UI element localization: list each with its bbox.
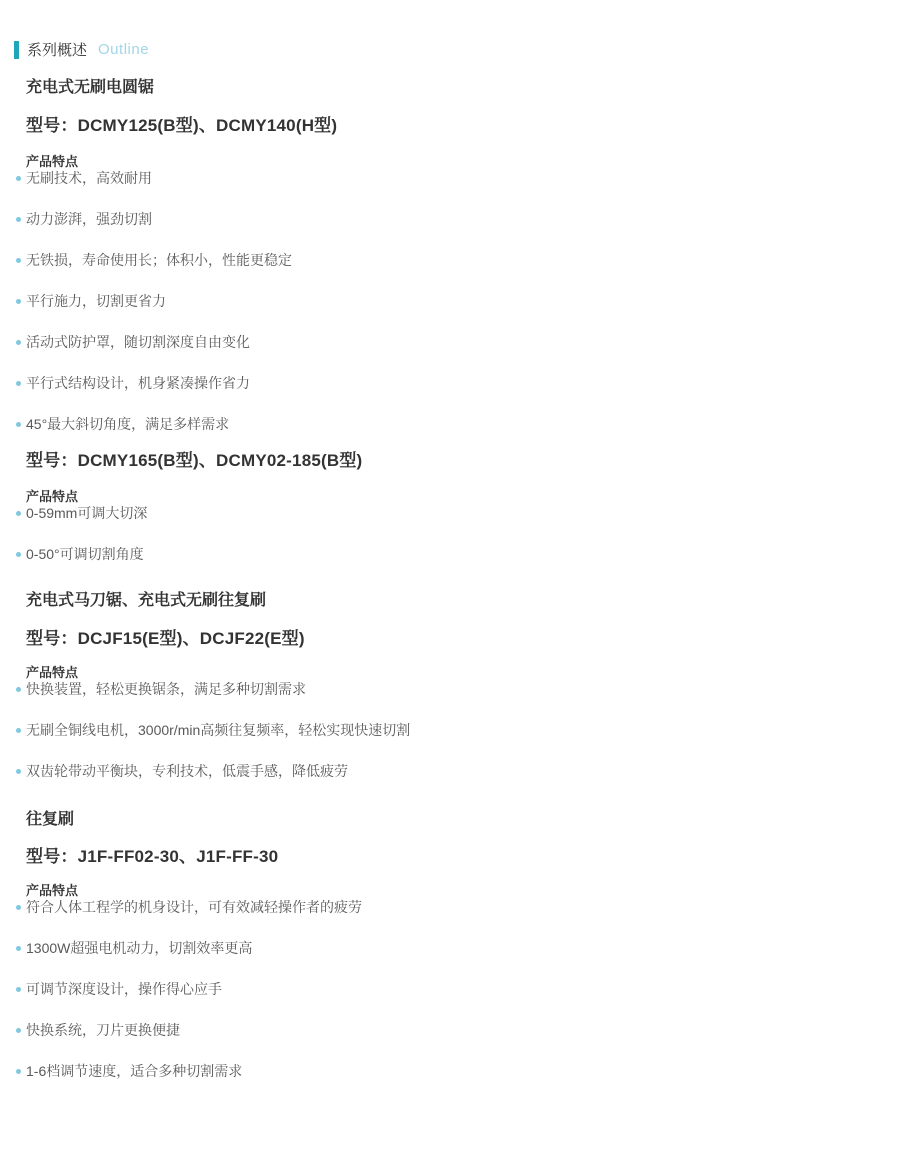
feature-item: 1-6档调节速度，适合多种切割需求 — [16, 1062, 362, 1081]
series-outline-page: 系列概述 Outline 充电式无刷电圆锯 型号：DCMY125(B型)、DCM… — [0, 0, 900, 1176]
section-header-title-zh: 系列概述 — [27, 39, 87, 60]
bullet-icon — [16, 687, 21, 692]
product-title: 充电式马刀锯、充电式无刷往复刷 — [26, 591, 266, 610]
feature-text: 无刷技术，高效耐用 — [26, 170, 152, 186]
feature-item: 可调节深度设计，操作得心应手 — [16, 980, 362, 999]
features-label: 产品特点 — [26, 883, 78, 898]
feature-item: 平行施力，切割更省力 — [16, 292, 292, 311]
feature-item: 平行式结构设计，机身紧凑操作省力 — [16, 374, 292, 393]
feature-item: 符合人体工程学的机身设计，可有效减轻操作者的疲劳 — [16, 898, 362, 917]
product-title: 充电式无刷电圆锯 — [26, 78, 154, 97]
bullet-icon — [16, 340, 21, 345]
feature-item: 快换系统，刀片更换便捷 — [16, 1021, 362, 1040]
feature-text: 平行式结构设计，机身紧凑操作省力 — [26, 375, 250, 391]
feature-item: 活动式防护罩，随切割深度自由变化 — [16, 333, 292, 352]
feature-text: 平行施力，切割更省力 — [26, 293, 166, 309]
bullet-icon — [16, 1028, 21, 1033]
feature-text: 无铁损，寿命使用长；体积小，性能更稳定 — [26, 252, 292, 268]
product-models: 型号：J1F-FF02-30、J1F-FF-30 — [26, 846, 278, 867]
feature-text: 动力澎湃，强劲切割 — [26, 211, 152, 227]
bullet-icon — [16, 769, 21, 774]
features-label: 产品特点 — [26, 489, 78, 504]
bullet-icon — [16, 258, 21, 263]
feature-text: 0-50°可调切割角度 — [26, 546, 144, 562]
feature-text: 45°最大斜切角度，满足多样需求 — [26, 416, 229, 432]
feature-item: 无刷技术，高效耐用 — [16, 169, 292, 188]
feature-item: 45°最大斜切角度，满足多样需求 — [16, 415, 292, 434]
bullet-icon — [16, 728, 21, 733]
section-header-title-en: Outline — [98, 41, 149, 58]
bullet-icon — [16, 946, 21, 951]
feature-text: 活动式防护罩，随切割深度自由变化 — [26, 334, 250, 350]
feature-item: 快换装置，轻松更换锯条，满足多种切割需求 — [16, 680, 410, 699]
feature-text: 符合人体工程学的机身设计，可有效减轻操作者的疲劳 — [26, 899, 362, 915]
feature-text: 1300W超强电机动力，切割效率更高 — [26, 940, 252, 956]
feature-text: 快换装置，轻松更换锯条，满足多种切割需求 — [26, 681, 306, 697]
feature-text: 快换系统，刀片更换便捷 — [26, 1022, 180, 1038]
bullet-icon — [16, 422, 21, 427]
bullet-icon — [16, 1069, 21, 1074]
product-models: 型号：DCMY125(B型)、DCMY140(H型) — [26, 115, 337, 136]
product-title: 往复刷 — [26, 810, 74, 829]
section-header: 系列概述 Outline — [14, 40, 149, 59]
features-list: 快换装置，轻松更换锯条，满足多种切割需求 无刷全铜线电机，3000r/min高频… — [14, 680, 410, 781]
features-label: 产品特点 — [26, 154, 78, 169]
bullet-icon — [16, 511, 21, 516]
feature-item: 双齿轮带动平衡块，专利技术，低震手感，降低疲劳 — [16, 762, 410, 781]
bullet-icon — [16, 381, 21, 386]
feature-text: 可调节深度设计，操作得心应手 — [26, 981, 222, 997]
feature-item: 无铁损，寿命使用长；体积小，性能更稳定 — [16, 251, 292, 270]
bullet-icon — [16, 987, 21, 992]
features-list: 无刷技术，高效耐用 动力澎湃，强劲切割 无铁损，寿命使用长；体积小，性能更稳定 … — [14, 169, 292, 434]
features-label: 产品特点 — [26, 665, 78, 680]
feature-item: 0-50°可调切割角度 — [16, 545, 147, 564]
feature-text: 双齿轮带动平衡块，专利技术，低震手感，降低疲劳 — [26, 763, 348, 779]
feature-item: 0-59mm可调大切深 — [16, 504, 147, 523]
feature-text: 0-59mm可调大切深 — [26, 505, 147, 521]
feature-item: 动力澎湃，强劲切割 — [16, 210, 292, 229]
accent-bar-icon — [14, 41, 19, 59]
feature-item: 无刷全铜线电机，3000r/min高频往复频率，轻松实现快速切割 — [16, 721, 410, 740]
bullet-icon — [16, 552, 21, 557]
product-models: 型号：DCMY165(B型)、DCMY02-185(B型) — [26, 450, 362, 471]
bullet-icon — [16, 905, 21, 910]
features-list: 0-59mm可调大切深 0-50°可调切割角度 — [14, 504, 147, 564]
features-list: 符合人体工程学的机身设计，可有效减轻操作者的疲劳 1300W超强电机动力，切割效… — [14, 898, 362, 1081]
feature-text: 1-6档调节速度，适合多种切割需求 — [26, 1063, 242, 1079]
bullet-icon — [16, 217, 21, 222]
feature-item: 1300W超强电机动力，切割效率更高 — [16, 939, 362, 958]
product-models: 型号：DCJF15(E型)、DCJF22(E型) — [26, 628, 305, 649]
bullet-icon — [16, 176, 21, 181]
bullet-icon — [16, 299, 21, 304]
feature-text: 无刷全铜线电机，3000r/min高频往复频率，轻松实现快速切割 — [26, 722, 410, 738]
